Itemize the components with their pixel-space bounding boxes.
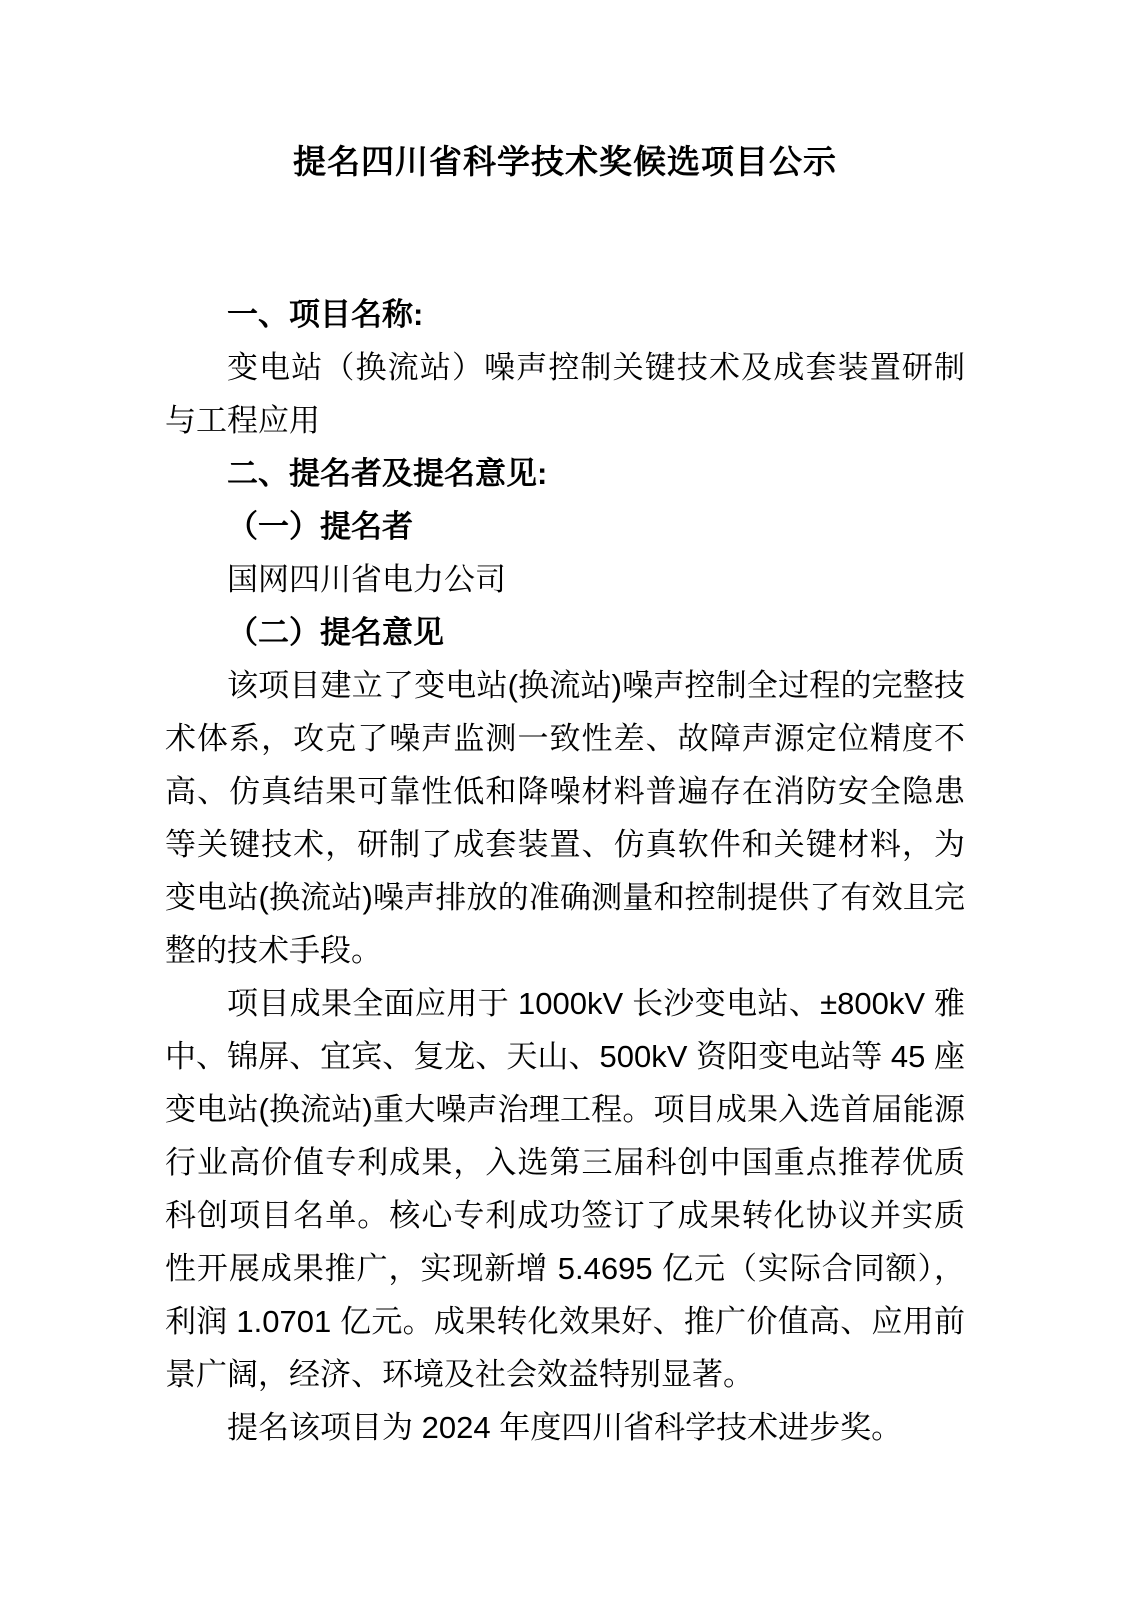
section-heading-project-name: 一、项目名称:: [165, 288, 965, 341]
subsection-heading-nominator: （一）提名者: [165, 500, 965, 553]
nomination-statement: 提名该项目为 2024 年度四川省科学技术进步奖。: [165, 1401, 965, 1454]
section-heading-nominator-and-opinion: 二、提名者及提名意见:: [165, 447, 965, 500]
opinion-paragraph-1: 该项目建立了变电站(换流站)噪声控制全过程的完整技术体系，攻克了噪声监测一致性差…: [165, 659, 965, 977]
document-page: 提名四川省科学技术奖候选项目公示 一、项目名称: 变电站（换流站）噪声控制关键技…: [0, 0, 1131, 1600]
nominator-name: 国网四川省电力公司: [165, 553, 965, 606]
document-title: 提名四川省科学技术奖候选项目公示: [165, 140, 965, 184]
opinion-paragraph-2: 项目成果全面应用于 1000kV 长沙变电站、±800kV 雅中、锦屏、宜宾、复…: [165, 977, 965, 1401]
title-gap: [165, 184, 965, 288]
subsection-heading-opinion: （二）提名意见: [165, 606, 965, 659]
project-name: 变电站（换流站）噪声控制关键技术及成套装置研制与工程应用: [165, 341, 965, 447]
